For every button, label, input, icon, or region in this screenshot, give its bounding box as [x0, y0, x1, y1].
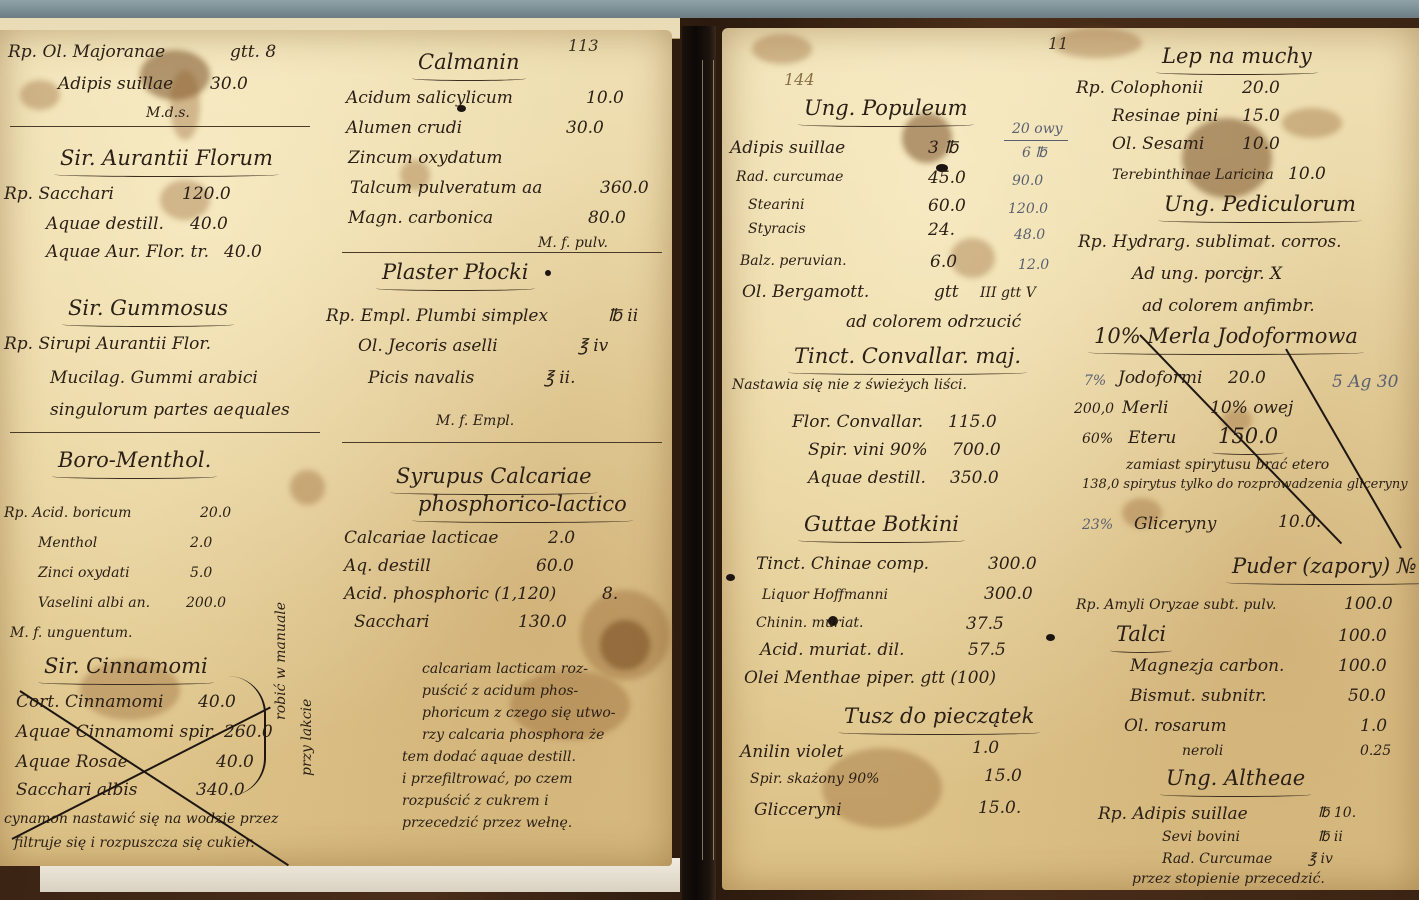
recipe-line: Olei Menthae piper. gtt (100) [744, 670, 996, 687]
recipe-line: Aquae Cinnamomi spir. [16, 724, 216, 741]
recipe-qty: 100.0 [1338, 628, 1387, 645]
recipe-note: zamiast spirytusu brać etero [1126, 458, 1329, 472]
recipe-line: Rp. Adipis suillae [1098, 806, 1248, 823]
binding-thread [702, 60, 714, 860]
recipe-qty: 10% owej [1210, 400, 1293, 417]
recipe-line: Balz. peruvian. [740, 254, 847, 268]
recipe-line: Gliceryny [1134, 516, 1216, 533]
recipe-qty: ℥ iv [1308, 852, 1333, 866]
recipe-note: Nastawia się nie z świeżych liści. [732, 378, 967, 392]
recipe-line: M. f. pulv. [538, 236, 608, 250]
recipe-line: Vaselini albi an. [38, 596, 150, 610]
recipe-line: Zincum oxydatum [348, 150, 503, 167]
recipe-title: Guttae Botkini [804, 514, 959, 535]
recipe-qty: ℥ ii. [544, 370, 576, 387]
recipe-line: Rad. Curcumae [1162, 852, 1272, 866]
recipe-qty: 200.0 [186, 596, 226, 610]
recipe-line: Aquae Rosae [16, 754, 128, 771]
recipe-note: cynamon nastawić się na wodzie przez [4, 812, 278, 826]
pencil-note: 5 Ag 30 [1332, 374, 1398, 391]
recipe-title: Ung. Populeum [804, 98, 968, 119]
recipe-qty: 80.0 [588, 210, 626, 227]
pencil-qty: III gtt V [980, 286, 1036, 300]
recipe-title: Lep na muchy [1162, 46, 1312, 67]
pencil-qty: 48.0 [1014, 228, 1045, 242]
line-prefix: 23% [1082, 518, 1113, 532]
recipe-line: Mucilag. Gummi arabici [50, 370, 258, 387]
recipe-qty: 60.0 [928, 198, 966, 215]
recipe-line: Stearini [748, 198, 805, 212]
recipe-qty: 50.0 [1348, 688, 1386, 705]
recipe-title: Puder (zapory) № 1 [1232, 556, 1419, 577]
side-note: przy lakcie [300, 699, 314, 776]
recipe-qty: 10.0 [1288, 166, 1326, 183]
recipe-qty: gr. X [1242, 266, 1282, 283]
recipe-title: Ung. Altheae [1166, 768, 1305, 789]
recipe-title: Tusz do pieczątek [844, 706, 1034, 727]
recipe-note: przecedzić przez wełnę. [402, 816, 572, 830]
recipe-qty: ℔ ii [1318, 830, 1343, 844]
line-prefix: 7% [1084, 374, 1106, 388]
recipe-qty: 37.5 [966, 616, 1004, 633]
recipe-qty: 3 ℔ [928, 140, 958, 157]
recipe-title: Boro-Menthol. [58, 450, 211, 471]
recipe-line: Bismut. subnitr. [1130, 688, 1267, 705]
recipe-line: Glicceryni [754, 802, 842, 819]
recipe-qty: 1.0 [972, 740, 999, 757]
recipe-line: Ol. rosarum [1124, 718, 1227, 735]
side-note: robić w manuale [274, 602, 288, 720]
pencil-note: 6 ℔ [1022, 146, 1047, 160]
recipe-qty: ℥ iv [578, 338, 608, 355]
recipe-line: Alumen crudi [346, 120, 462, 137]
recipe-qty: 6.0 [930, 254, 957, 271]
line-prefix: 200,0 [1074, 402, 1114, 416]
recipe-qty: 15.0 [1242, 108, 1280, 125]
recipe-line: Spir. skażony 90% [750, 772, 879, 786]
recipe-line: Rp. Sirupi Aurantii Flor. [4, 336, 211, 353]
recipe-line: Sevi bovini [1162, 830, 1240, 844]
left-page: Rp. Ol. Majoranae gtt. 8 Adipis suillae … [0, 30, 672, 866]
recipe-qty: 57.5 [968, 642, 1006, 659]
recipe-qty: ℔ 10. [1318, 806, 1356, 820]
recipe-line: Aquae destill. [46, 216, 164, 233]
recipe-qty: gtt [934, 284, 959, 301]
recipe-qty: 10.0 [586, 90, 624, 107]
recipe-line: Ol. Sesami [1112, 136, 1204, 153]
recipe-line: Acidum salicylicum [346, 90, 513, 107]
recipe-qty: 30.0 [210, 76, 248, 93]
recipe-note: filtruje się i rozpuszcza się cukier. [14, 836, 255, 850]
recipe-line: Anilin violet [740, 744, 844, 761]
line-prefix: 60% [1082, 432, 1113, 446]
recipe-qty: 2.0 [190, 536, 212, 550]
recipe-line: Aq. destill [344, 558, 431, 575]
recipe-line: Zinci oxydati [38, 566, 130, 580]
recipe-line: Menthol [38, 536, 97, 550]
recipe-qty: ℔ ii [608, 308, 638, 325]
recipe-qty: 0.25 [1360, 744, 1391, 758]
recipe-footer: ad colorem odrzucić [846, 314, 1021, 331]
recipe-line: Acid. phosphoric (1,120) [344, 586, 556, 603]
recipe-line: Rp. Empl. Plumbi simplex [326, 308, 548, 325]
recipe-note: przez stopienie przecedzić. [1132, 872, 1325, 886]
recipe-note: tem dodać aquae destill. [402, 750, 576, 764]
recipe-qty: gtt. 8 [230, 44, 276, 61]
recipe-qty: 120.0 [182, 186, 231, 203]
recipe-line: Sacchari [354, 614, 429, 631]
recipe-qty: 24. [928, 222, 955, 239]
recipe-line: Rad. curcumae [736, 170, 843, 184]
recipe-line: Adipis suillae [730, 140, 845, 157]
recipe-line: Flor. Convallar. [792, 414, 923, 431]
recipe-qty: 5.0 [190, 566, 212, 580]
recipe-qty: 20.0 [200, 506, 231, 520]
recipe-line: Resinae pini [1112, 108, 1218, 125]
recipe-qty: 10.0 [1242, 136, 1280, 153]
recipe-qty: 20.0 [1228, 370, 1266, 387]
recipe-line: Talci [1116, 624, 1166, 645]
background-table [0, 0, 1419, 18]
recipe-line: Styracis [748, 222, 806, 236]
recipe-qty: 20.0 [1242, 80, 1280, 97]
recipe-qty: 15.0 [984, 768, 1022, 785]
pencil-qty: 12.0 [1018, 258, 1049, 272]
pencil-note: 20 owy [1012, 122, 1063, 136]
recipe-qty: 130.0 [518, 614, 567, 631]
recipe-line: Ol. Jecoris aselli [358, 338, 498, 355]
recipe-qty: 15.0. [978, 800, 1021, 817]
right-column-b: Lep na muchy Rp. Colophonii 20.0 Resinae… [1072, 28, 1419, 890]
recipe-title: Syrupus Calcariae [396, 466, 592, 487]
recipe-line: Spir. vini 90% [808, 442, 928, 459]
recipe-line: Talcum pulveratum aa [350, 180, 542, 197]
recipe-note: i przefiltrować, po czem [402, 772, 573, 786]
recipe-title: Sir. Cinnamomi [44, 656, 208, 677]
pencil-qty: 90.0 [1012, 174, 1043, 188]
recipe-note: calcariam lacticam roz- [422, 662, 588, 676]
page-number: 113 [568, 36, 599, 55]
right-page: 11 144 Ung. Populeum 20 owy 6 ℔ Adipis s… [722, 28, 1419, 890]
recipe-line: Acid. muriat. dil. [760, 642, 905, 659]
recipe-qty: 45.0 [928, 170, 966, 187]
recipe-note: puścić z acidum phos- [422, 684, 578, 698]
pencil-qty: 120.0 [1008, 202, 1048, 216]
recipe-title: Ung. Pediculorum [1164, 194, 1356, 215]
recipe-qty: 350.0 [950, 470, 999, 487]
recipe-title: Plaster Płocki [382, 262, 529, 283]
recipe-title: Tinct. Convallar. maj. [794, 346, 1021, 367]
recipe-line: singulorum partes aequales [50, 402, 290, 419]
recipe-line: Rp. Amyli Oryzae subt. pulv. [1076, 598, 1276, 612]
left-column-a: Rp. Ol. Majoranae gtt. 8 Adipis suillae … [0, 30, 330, 866]
recipe-line: Aquae destill. [808, 470, 926, 487]
recipe-qty: 700.0 [952, 442, 1001, 459]
recipe-qty: 2.0 [548, 530, 575, 547]
recipe-qty: 100.0 [1338, 658, 1387, 675]
recipe-line: Ol. Bergamott. [742, 284, 869, 301]
recipe-line: Rp. Ol. Majoranae [8, 44, 165, 61]
recipe-qty: 115.0 [948, 414, 997, 431]
recipe-line: Picis navalis [368, 370, 474, 387]
recipe-line: Eteru [1128, 430, 1176, 447]
recipe-line: M. f. Empl. [436, 414, 514, 428]
recipe-line: neroli [1182, 744, 1223, 758]
left-column-b: 113 Calmanin Acidum salicylicum 10.0 Alu… [338, 30, 672, 866]
recipe-line: Chinin. muriat. [756, 616, 864, 630]
recipe-qty: 360.0 [600, 180, 649, 197]
recipe-line: M. f. unguentum. [10, 626, 133, 640]
bracket-mark [228, 676, 266, 796]
recipe-qty: 100.0 [1344, 596, 1393, 613]
recipe-title-continued: phosphorico-lactico [418, 494, 627, 515]
recipe-line: Ad ung. porci [1132, 266, 1248, 283]
recipe-qty: 1.0 [1360, 718, 1387, 735]
recipe-title: Calmanin [418, 52, 520, 73]
recipe-line: Rp. Sacchari [4, 186, 114, 203]
recipe-line: Rp. Hydrarg. sublimat. corros. [1078, 234, 1342, 251]
recipe-qty: 300.0 [984, 586, 1033, 603]
recipe-line: Liquor Hoffmanni [762, 588, 888, 602]
recipe-line: Calcariae lacticae [344, 530, 498, 547]
recipe-qty: 8. [602, 586, 618, 603]
recipe-line: M.d.s. [146, 106, 190, 120]
recipe-line: Tinct. Chinae comp. [756, 556, 929, 573]
recipe-title: Sir. Gummosus [68, 298, 228, 319]
recipe-qty: 40.0 [224, 244, 262, 261]
recipe-qty: 300.0 [988, 556, 1037, 573]
recipe-title: Sir. Aurantii Florum [60, 148, 273, 169]
recipe-note: phoricum z czego się utwo- [422, 706, 616, 720]
recipe-line: Aquae Aur. Flor. tr. [46, 244, 209, 261]
recipe-note: rzy calcaria phosphora że [422, 728, 604, 742]
right-column-a: Ung. Populeum 20 owy 6 ℔ Adipis suillae … [722, 28, 1072, 890]
recipe-line: Terebinthinae Laricina [1112, 168, 1274, 182]
recipe-qty: 60.0 [536, 558, 574, 575]
recipe-line: Rp. Acid. boricum [4, 506, 131, 520]
recipe-line: ad colorem anfimbr. [1142, 298, 1315, 315]
recipe-note: 138,0 spirytus tylko do rozprowadzenia g… [1082, 478, 1408, 491]
recipe-line: Magnezja carbon. [1130, 658, 1284, 675]
recipe-line: Magn. carbonica [348, 210, 493, 227]
recipe-title: 10% Merla Jodoformowa [1094, 326, 1358, 347]
recipe-line: Rp. Colophonii [1076, 80, 1203, 97]
recipe-qty: 30.0 [566, 120, 604, 137]
recipe-qty: 150.0 [1218, 426, 1278, 447]
recipe-qty: 40.0 [190, 216, 228, 233]
recipe-note: rozpuścić z cukrem i [402, 794, 549, 808]
recipe-line: Adipis suillae [58, 76, 173, 93]
recipe-line: Merli [1122, 400, 1168, 417]
